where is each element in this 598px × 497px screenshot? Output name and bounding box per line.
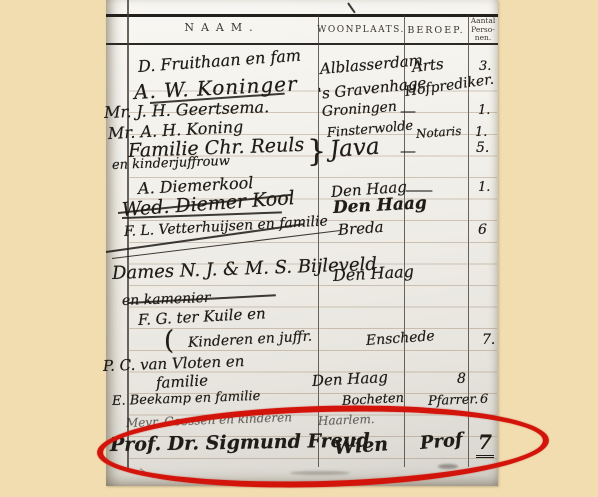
aantal-header-line3: nen. <box>471 34 496 43</box>
column-header-naam: NAAM. <box>184 21 259 34</box>
entry-aantal: 1. <box>475 125 487 140</box>
header-bottom-rule <box>106 43 498 45</box>
column-header-beroep: BEROEP. <box>407 25 464 36</box>
entry-aantal: 6 <box>478 222 487 238</box>
entry-beroep: Pfarrer. <box>428 392 479 409</box>
entry-beroep: — <box>400 141 416 160</box>
column-header-woonplaats: WOONPLAATS. <box>317 25 405 35</box>
entry-beroep: — <box>400 101 416 120</box>
entry-aantal: 5. <box>476 140 489 156</box>
column-header-aantal: Aantal Perso- nen. <box>471 17 496 43</box>
entry-woonplaats: Breda <box>337 218 384 239</box>
group-brace: } <box>307 134 326 169</box>
group-brace: ( <box>164 326 174 356</box>
entry-aantal: 7. <box>482 332 495 348</box>
entry-aantal: 1. <box>478 103 490 118</box>
entry-beroep: Arts <box>411 55 444 76</box>
entry-aantal: 1. <box>478 180 490 195</box>
entry-aantal: 8 <box>457 371 466 387</box>
table-top-rule <box>106 14 498 17</box>
entry-naam-continuation: familie <box>156 371 209 392</box>
entry-woonplaats: Java <box>329 134 380 163</box>
entry-aantal: 6 <box>480 392 488 407</box>
scanned-register-photo: NAAM. WOONPLAATS. BEROEP. Aantal Perso- … <box>0 0 598 497</box>
